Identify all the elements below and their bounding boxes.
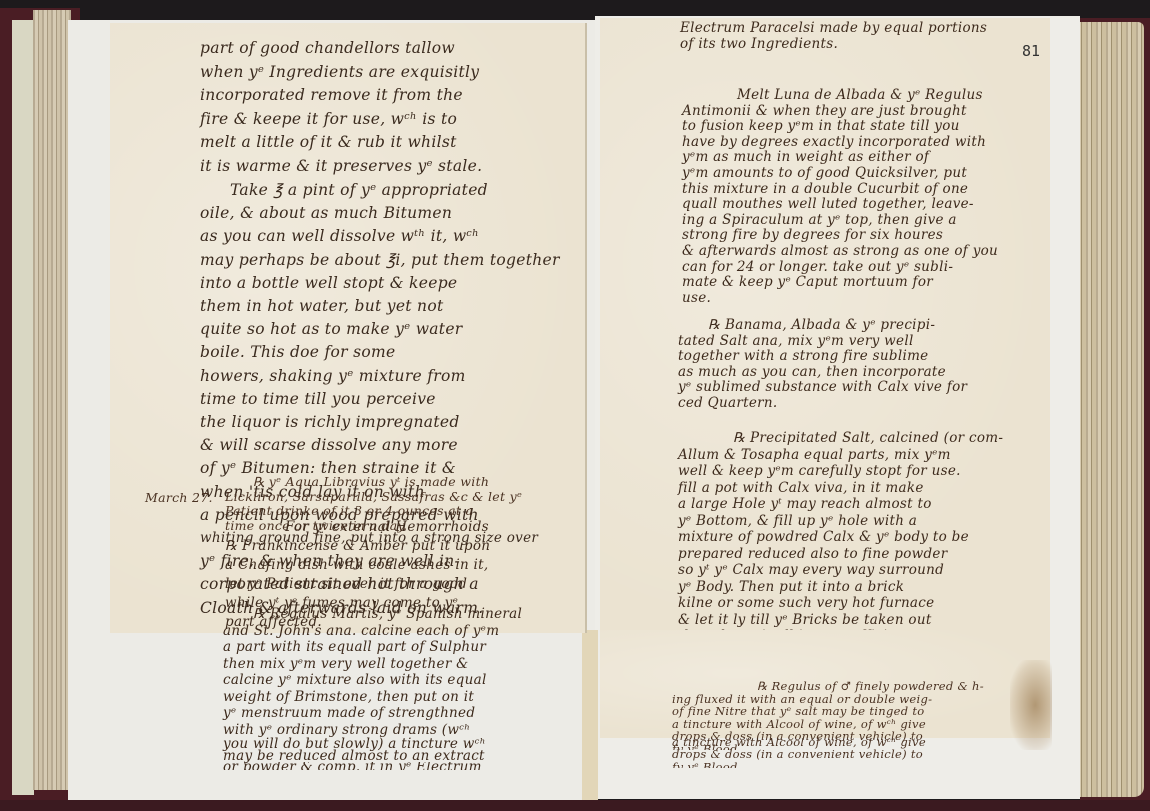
page-edges-left — [33, 10, 71, 790]
text-line: ℞ yᵉ Aqua Libravius yᵗ is made with — [225, 475, 522, 490]
left-section-5: ℞ Regulus Martis, yᵉ Spanish mineral and… — [223, 606, 522, 770]
text-line: ℞ Regulus Martis, yᵉ Spanish mineral — [223, 606, 522, 623]
hemorrhoids-heading: For yᵉ external Hemorrhoids — [285, 518, 489, 537]
text-line: yᵉm as much in weight as either of — [682, 150, 998, 166]
text-line: yᵉ Body. Then put it into a brick — [678, 579, 1003, 596]
text-line: Electrum Paracelsi made by equal portion… — [680, 20, 987, 36]
right-section-1: Melt Luna de Albada & yᵉ Regulus Antimon… — [682, 88, 998, 306]
text-line: yᵉ menstruum made of strengthned — [223, 705, 522, 722]
text-line: so yᵗ yᵉ Calx may every way surround — [678, 562, 1003, 579]
text-line: into a bottle well stopt & keepe — [200, 272, 560, 295]
text-line: howers, shaking yᵉ mixture from — [200, 365, 560, 388]
text-line: time to time till you perceive — [200, 388, 560, 411]
text-line: & will scarse dissolve any more — [200, 434, 560, 457]
page-edges-right — [1076, 22, 1144, 797]
text-line: kilne or some such very hot furnace — [678, 595, 1003, 612]
text-line: well & keep yᵉm carefully stopt for use. — [678, 463, 1003, 480]
text-line: yᵉm amounts to of good Quicksilver, put — [682, 166, 998, 182]
text-line: let yᵉ Patient sit over it for a good — [225, 575, 490, 594]
water-stain — [1010, 660, 1052, 750]
margin-date-note: March 27. — [145, 491, 213, 506]
text-line: the liquor is richly impregnated — [200, 411, 560, 434]
right-header: Electrum Paracelsi made by equal portion… — [680, 20, 987, 52]
text-line: a part with its equall part of Sulphur — [223, 639, 522, 656]
text-line: mate & keep yᵉ Caput mortuum for — [682, 275, 998, 291]
text-line: & let it ly till yᵉ Bricks be taken out — [678, 612, 1003, 629]
text-line: as much as you can, then incorporate — [678, 365, 967, 381]
text-line: of its two Ingredients. — [680, 36, 987, 52]
text-line: mixture of powdred Calx & yᵉ body to be — [678, 529, 1003, 546]
text-line: to fusion keep yᵉm in that state till yo… — [682, 119, 998, 135]
text-line: tated Salt ana, mix yᵉm very well — [678, 334, 967, 350]
text-line: oile, & about as much Bitumen — [200, 202, 560, 225]
text-line: Melt Luna de Albada & yᵉ Regulus — [682, 88, 998, 104]
text-line: melt a little of it & rub it whilst — [200, 131, 482, 155]
text-line: drops & doss (in a convenient vehicle) t… — [672, 748, 984, 761]
left-section-1: part of good chandellors tallow when yᵉ … — [200, 37, 482, 178]
text-line: drops & doss (in a convenient vehicle) t… — [672, 730, 984, 743]
text-line: Patient drinke of it 3 or 4 ounces at a — [225, 504, 522, 519]
text-line: part of good chandellors tallow — [200, 37, 482, 61]
text-line: fy yᵉ Blood. — [672, 761, 984, 768]
text-line: have by degrees exactly incorporated wit… — [682, 135, 998, 151]
text-line: fill a pot with Calx viva, in it make — [678, 480, 1003, 497]
text-line: incorporated remove it from the — [200, 84, 482, 108]
text-line: can for 24 or longer. take out yᵉ subli- — [682, 260, 998, 276]
text-line: may be reduced almost to an extract — [223, 750, 522, 762]
book-cover-bottom — [0, 800, 1150, 811]
text-line: calcine yᵉ mixture also with its equal — [223, 672, 522, 689]
text-line: use. — [682, 291, 998, 307]
text-line: a Chafing dish with coale ashes in it, — [225, 556, 490, 575]
right-section-2: ℞ Banama, Albada & yᵉ precipi- tated Sal… — [678, 318, 967, 411]
folio-number: 81 — [1022, 42, 1040, 60]
text-line: fire & keepe it for use, wᶜʰ is to — [200, 108, 482, 132]
text-line: ℞ Precipitated Salt, calcined (or com- — [678, 430, 1003, 447]
text-line: then mix yᵉm very well together & — [223, 656, 522, 673]
text-line: Antimonii & when they are just brought — [682, 104, 998, 120]
text-line: together with a strong fire sublime — [678, 349, 967, 365]
text-line: may perhaps be about ℥i, put them togeth… — [200, 249, 560, 272]
text-line: ℞ Frankincense & Amber put it upon — [225, 537, 490, 556]
text-line: ℞ Regulus of ♂ finely powdered & h- — [672, 680, 984, 693]
text-line: and St. John's ana. calcine each of yᵉm — [223, 623, 522, 640]
manuscript-page-right: Electrum Paracelsi made by equal portion… — [600, 18, 1050, 630]
text-line: quite so hot as to make yᵉ water — [200, 318, 560, 341]
flyleaf-left — [12, 20, 34, 795]
text-line: boile. This doe for some — [200, 341, 560, 364]
text-line: yᵉ sublimed substance with Calx vive for — [678, 380, 967, 396]
text-line: a large Hole yᵗ may reach almost to — [678, 496, 1003, 513]
text-line: ced Quartern. — [678, 396, 967, 412]
text-line: Allum & Tosapha equal parts, mix yᵉm — [678, 447, 1003, 464]
text-line: or powder & comp. it in yᵉ Electrum — [223, 762, 522, 770]
text-line: Take ℥ a pint of yᵉ appropriated — [200, 179, 560, 202]
text-line: Lickliron, Sarsaparilla, Sassafras &c & … — [225, 490, 522, 505]
text-line: prepared reduced also to fine powder — [678, 546, 1003, 563]
text-line: weight of Brimstone, then put on it — [223, 689, 522, 706]
text-line: when yᵉ Ingredients are exquisitly — [200, 61, 482, 85]
text-line: yᵉ Bottom, & fill up yᵉ hole with a — [678, 513, 1003, 530]
text-line: strong fire by degrees for six houres — [682, 228, 998, 244]
text-line: as you can well dissolve wᵗʰ it, wᶜʰ — [200, 225, 560, 248]
text-line: quall mouthes well luted together, leave… — [682, 197, 998, 213]
text-line: it is warme & it preserves yᵉ stale. — [200, 155, 482, 179]
right-section-4-overlay: ℞ Regulus of ♂ finely powdered & h- ing … — [672, 680, 984, 750]
gutter-guard-strip — [582, 630, 598, 800]
text-line: ing a Spiraculum at yᵉ top, then give a — [682, 213, 998, 229]
text-line: them in hot water, but yet not — [200, 295, 560, 318]
text-line: ℞ Banama, Albada & yᵉ precipi- — [678, 318, 967, 334]
text-line: fy yᵉ Blood. — [672, 743, 984, 750]
text-line: this mixture in a double Cucurbit of one — [682, 182, 998, 198]
text-line: of fine Nitre that yᵉ salt may be tinged… — [672, 705, 984, 718]
text-line: & afterwards almost as strong as one of … — [682, 244, 998, 260]
